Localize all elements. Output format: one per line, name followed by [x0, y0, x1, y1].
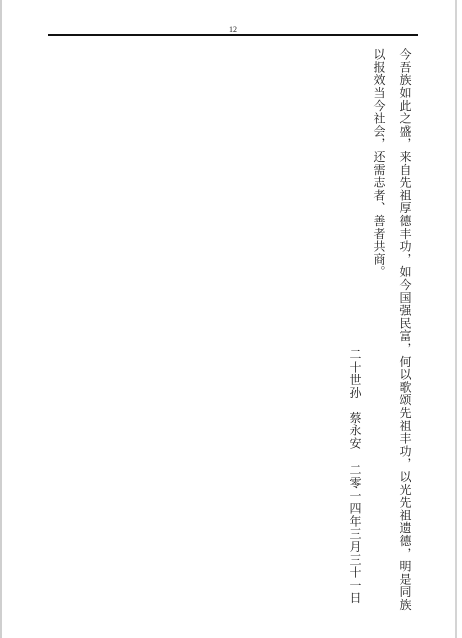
page-edge-right-margin — [457, 0, 462, 638]
body-column-2: 以报效当今社会，还需志者、善者共商。 — [372, 48, 386, 278]
header-rule — [48, 34, 418, 36]
signature-generation: 二十世孙 — [348, 348, 362, 399]
body-column-1: 今吾族如此之盛，来自先祖厚德丰功，如今国强民富，何以歌颂先祖丰功，以光先祖遗德，… — [398, 48, 412, 611]
signature-name: 蔡永安 — [348, 411, 362, 449]
signature-date: 二零一四年三月三十一日 — [348, 464, 362, 605]
signature-column: 二十世孙蔡永安二零一四年三月三十一日 — [348, 348, 362, 604]
page-number: 12 — [226, 25, 240, 34]
page-edge-left — [0, 0, 2, 638]
